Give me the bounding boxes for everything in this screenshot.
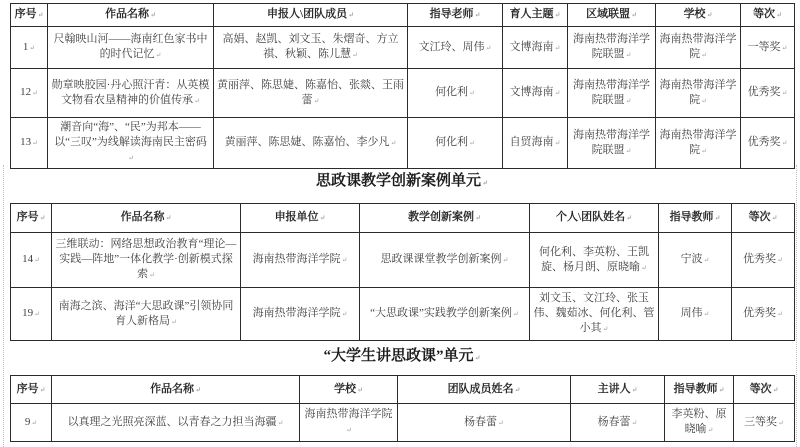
header-cell: 序号 (11, 376, 52, 404)
header-cell: 等次 (734, 376, 795, 404)
header-cell: 学校 (300, 376, 398, 404)
table-cell: 优秀奖 (732, 233, 795, 288)
header-cell: 区域联盟 (568, 4, 656, 27)
table-cell: 海南热带海洋学院联盟 (568, 27, 656, 69)
header-cell: 申报单位 (241, 204, 360, 233)
table-cell: 文江玲、周伟 (408, 27, 503, 69)
header-cell: 序号 (11, 204, 52, 233)
table-cell: 杨春蕾 (571, 404, 665, 442)
table-cell: 刘文玉、文江玲、张玉伟、魏茹冰、何化利、管小其 (530, 288, 659, 341)
table-cell: 潮音向“海”、“民”为邦本——以“三叹”为线解读海南民主密码 (48, 118, 214, 169)
header-cell: 等次 (732, 204, 795, 233)
table-cell: 海南热带海洋学院联盟 (568, 69, 656, 118)
table-cell: 黄丽萍、陈思婕、陈嘉怡、张燚、王雨蕾 (214, 69, 408, 118)
table-cell: 12 (11, 69, 48, 118)
table-cell: 优秀奖 (732, 288, 795, 341)
teaching-innovation-case-table: 序号作品名称申报单位教学创新案例个人\团队姓名指导教师等次 14三维联动：网络思… (10, 203, 795, 341)
table-cell: 海南热带海洋学院 (656, 27, 741, 69)
header-cell: 指导教师 (665, 376, 734, 404)
header-cell: 团队成员姓名 (398, 376, 571, 404)
section-title-innovation-unit: 思政课教学创新案例单元 (10, 171, 794, 193)
table-cell: 海南热带海洋学院 (656, 69, 741, 118)
table-row: 12勋章映胶园·丹心照汗青：从英模文物看农垦精神的价值传承黄丽萍、陈思婕、陈嘉怡… (11, 69, 795, 118)
table-cell: 海南热带海洋学院 (300, 404, 398, 442)
table-row: 19南海之滨、海洋“大思政课”引领协同育人新格局海南热带海洋学院“大思政课”实践… (11, 288, 795, 341)
header-cell: 作品名称 (52, 376, 300, 404)
section-title-student-lecture-unit: “大学生讲思政课”单元 (10, 346, 794, 368)
header-cell: 指导老师 (408, 4, 503, 27)
header-row: 序号作品名称申报单位教学创新案例个人\团队姓名指导教师等次 (11, 204, 795, 233)
header-cell: 指导教师 (659, 204, 732, 233)
header-cell: 育人主题 (503, 4, 568, 27)
document-page: { "page": { "background": "#ffffff", "te… (0, 0, 800, 447)
table-cell: 一等奖 (741, 27, 795, 69)
table-cell: 13 (11, 118, 48, 169)
table-cell: 14 (11, 233, 52, 288)
micro-lesson-awards-table: 序号作品名称申报人\团队成员指导老师育人主题区域联盟学校等次 1尺翰映山河——海… (10, 3, 795, 169)
table-cell: “大思政课”实践教学创新案例 (360, 288, 530, 341)
table-cell: 何化利 (408, 69, 503, 118)
table-row: 13潮音向“海”、“民”为邦本——以“三叹”为线解读海南民主密码黄丽萍、陈思婕、… (11, 118, 795, 169)
header-cell: 作品名称 (48, 4, 214, 27)
header-cell: 个人\团队姓名 (530, 204, 659, 233)
table-cell: 海南热带海洋学院 (241, 233, 360, 288)
table-cell: 海南热带海洋学院 (241, 288, 360, 341)
header-cell: 主讲人 (571, 376, 665, 404)
header-row: 序号作品名称学校团队成员姓名主讲人指导教师等次 (11, 376, 795, 404)
page-boundary-left (3, 165, 4, 447)
table-cell: 以真理之光照亮深蓝、以青春之力担当海疆 (52, 404, 300, 442)
table-cell: 优秀奖 (741, 118, 795, 169)
header-row: 序号作品名称申报人\团队成员指导老师育人主题区域联盟学校等次 (11, 4, 795, 27)
table-cell: 优秀奖 (741, 69, 795, 118)
table-cell: 1 (11, 27, 48, 69)
table-cell: 尺翰映山河——海南红色家书中的时代记忆 (48, 27, 214, 69)
student-lecture-table: 序号作品名称学校团队成员姓名主讲人指导教师等次 9以真理之光照亮深蓝、以青春之力… (10, 375, 795, 442)
header-cell: 申报人\团队成员 (214, 4, 408, 27)
table-cell: 周伟 (659, 288, 732, 341)
table-cell: 三维联动：网络思想政治教育“理论—实践—阵地”一体化教学·创新模式探索 (52, 233, 241, 288)
table-cell: 黄丽萍、陈思婕、陈嘉怡、李少凡 (214, 118, 408, 169)
table-cell: 何化利 (408, 118, 503, 169)
table-cell: 宁波 (659, 233, 732, 288)
table-cell: 文博海南 (503, 69, 568, 118)
table-cell: 南海之滨、海洋“大思政课”引领协同育人新格局 (52, 288, 241, 341)
table-cell: 自贸海南 (503, 118, 568, 169)
table-cell: 何化利、李英粉、王凯旋、杨月朗、原晓喻 (530, 233, 659, 288)
table-cell: 海南热带海洋学院联盟 (568, 118, 656, 169)
table-row: 14三维联动：网络思想政治教育“理论—实践—阵地”一体化教学·创新模式探索海南热… (11, 233, 795, 288)
header-cell: 等次 (741, 4, 795, 27)
table-cell: 海南热带海洋学院 (656, 118, 741, 169)
header-cell: 序号 (11, 4, 48, 27)
table-row: 9以真理之光照亮深蓝、以青春之力担当海疆海南热带海洋学院杨春蕾杨春蕾李英粉、原晓… (11, 404, 795, 442)
table-cell: 勋章映胶园·丹心照汗青：从英模文物看农垦精神的价值传承 (48, 69, 214, 118)
page-boundary-right (796, 165, 797, 447)
table-cell: 三等奖 (734, 404, 795, 442)
table-cell: 高娟、赵凯、刘文玉、朱熠奇、方立祺、秋颖、陈儿慧 (214, 27, 408, 69)
table-cell: 杨春蕾 (398, 404, 571, 442)
table-cell: 思政课课堂教学创新案例 (360, 233, 530, 288)
header-cell: 教学创新案例 (360, 204, 530, 233)
header-cell: 作品名称 (52, 204, 241, 233)
header-cell: 学校 (656, 4, 741, 27)
table-cell: 李英粉、原晓喻 (665, 404, 734, 442)
table-cell: 文博海南 (503, 27, 568, 69)
table-row: 1尺翰映山河——海南红色家书中的时代记忆高娟、赵凯、刘文玉、朱熠奇、方立祺、秋颖… (11, 27, 795, 69)
table-cell: 9 (11, 404, 52, 442)
table-cell: 19 (11, 288, 52, 341)
